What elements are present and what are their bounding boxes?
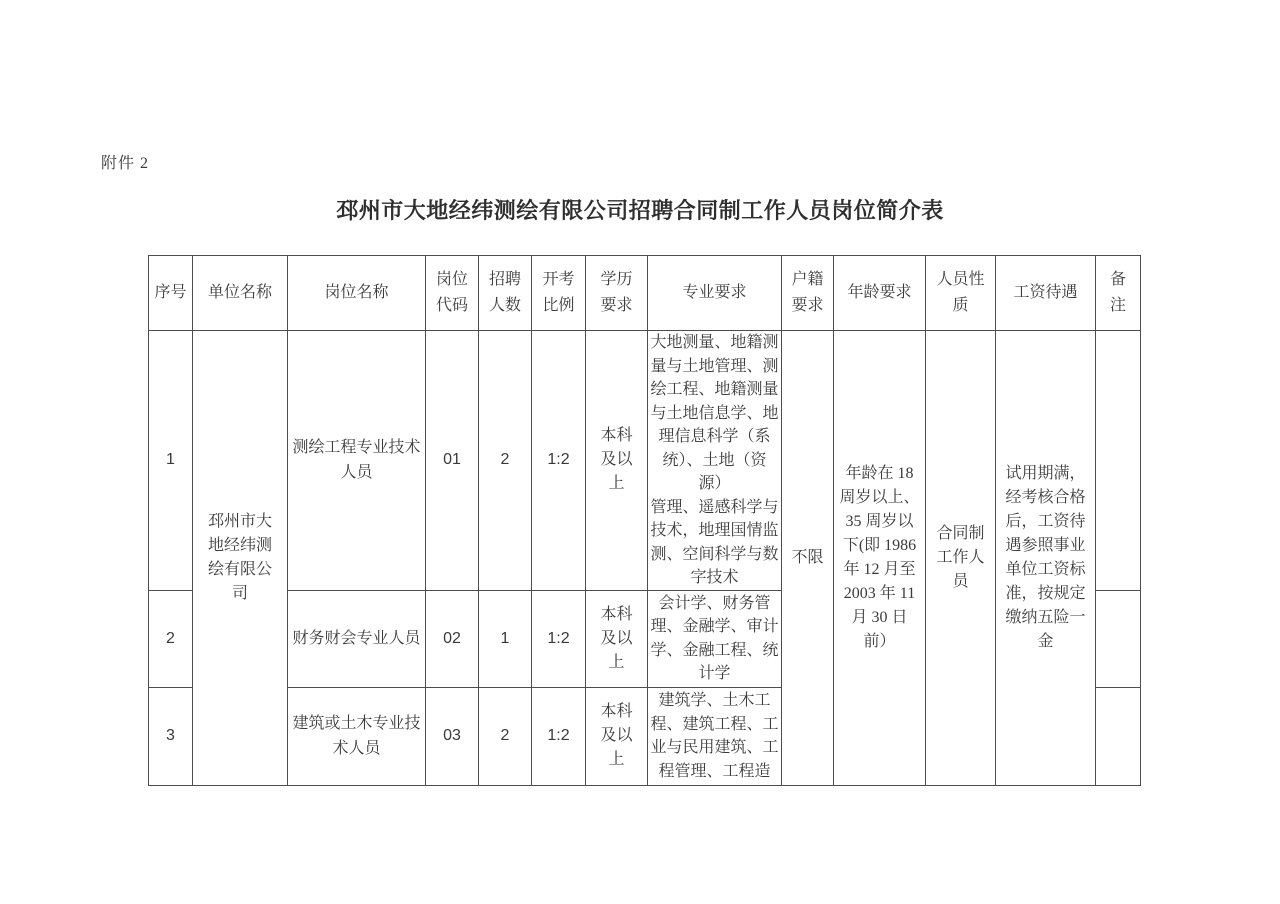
header-recruit-count: 招聘人数	[479, 256, 532, 331]
row3-major: 建筑学、土木工 程、建筑工程、工 业与民用建筑、工 程管理、工程造	[648, 687, 782, 785]
header-row: 序号 单位名称 岗位名称 岗位代码 招聘人数 开考比例 学历要求 专业要求 户籍…	[149, 256, 1141, 331]
row3-remark	[1096, 687, 1141, 785]
row3-no: 3	[149, 687, 193, 785]
row2-count: 1	[479, 590, 532, 687]
header-education: 学历要求	[586, 256, 648, 331]
row2-position: 财务财会专业人员	[288, 590, 426, 687]
unit-name-cell: 邳州市大地经纬测绘有限公司	[193, 331, 288, 786]
row2-ratio: 1:2	[532, 590, 586, 687]
header-unit-name: 单位名称	[193, 256, 288, 331]
row3-code: 03	[426, 687, 479, 785]
row3-education: 本科及以上	[586, 687, 648, 785]
row1-education: 本科及以上	[586, 331, 648, 591]
header-remark: 备注	[1096, 256, 1141, 331]
table-row: 1 邳州市大地经纬测绘有限公司 测绘工程专业技术人员 01 2 1:2 本科及以…	[149, 331, 1141, 591]
row1-ratio: 1:2	[532, 331, 586, 591]
row3-ratio: 1:2	[532, 687, 586, 785]
page-title: 邳州市大地经纬测绘有限公司招聘合同制工作人员岗位简介表	[0, 194, 1280, 225]
positions-table: 序号 单位名称 岗位名称 岗位代码 招聘人数 开考比例 学历要求 专业要求 户籍…	[148, 255, 1141, 786]
personnel-type-cell: 合同制工作人员	[926, 331, 996, 786]
attachment-label: 附件 2	[101, 150, 149, 173]
row1-position: 测绘工程专业技术人员	[288, 331, 426, 591]
header-salary: 工资待遇	[996, 256, 1096, 331]
row1-count: 2	[479, 331, 532, 591]
salary-cell: 试用期满，经考核合格后，工资待遇参照事业单位工资标准，按规定缴纳五险一金	[996, 331, 1096, 786]
row1-remark	[1096, 331, 1141, 591]
row2-education: 本科及以上	[586, 590, 648, 687]
header-personnel-type: 人员性质	[926, 256, 996, 331]
row2-major: 会计学、财务管 理、金融学、审计 学、金融工程、统 计学	[648, 590, 782, 687]
row3-position: 建筑或土木专业技术人员	[288, 687, 426, 785]
row2-no: 2	[149, 590, 193, 687]
row1-code: 01	[426, 331, 479, 591]
row1-major: 大地测量、地籍测 量与土地管理、测 绘工程、地籍测量 与土地信息学、地 理信息科…	[648, 331, 782, 591]
header-age: 年龄要求	[834, 256, 926, 331]
row2-remark	[1096, 590, 1141, 687]
row3-count: 2	[479, 687, 532, 785]
row2-code: 02	[426, 590, 479, 687]
row1-no: 1	[149, 331, 193, 591]
header-no: 序号	[149, 256, 193, 331]
household-cell: 不限	[782, 331, 834, 786]
header-exam-ratio: 开考比例	[532, 256, 586, 331]
header-major: 专业要求	[648, 256, 782, 331]
header-position-name: 岗位名称	[288, 256, 426, 331]
header-household: 户籍要求	[782, 256, 834, 331]
header-position-code: 岗位代码	[426, 256, 479, 331]
age-cell: 年龄在 18 周岁以上、 35 周岁以 下(即 1986 年 12 月至 200…	[834, 331, 926, 786]
